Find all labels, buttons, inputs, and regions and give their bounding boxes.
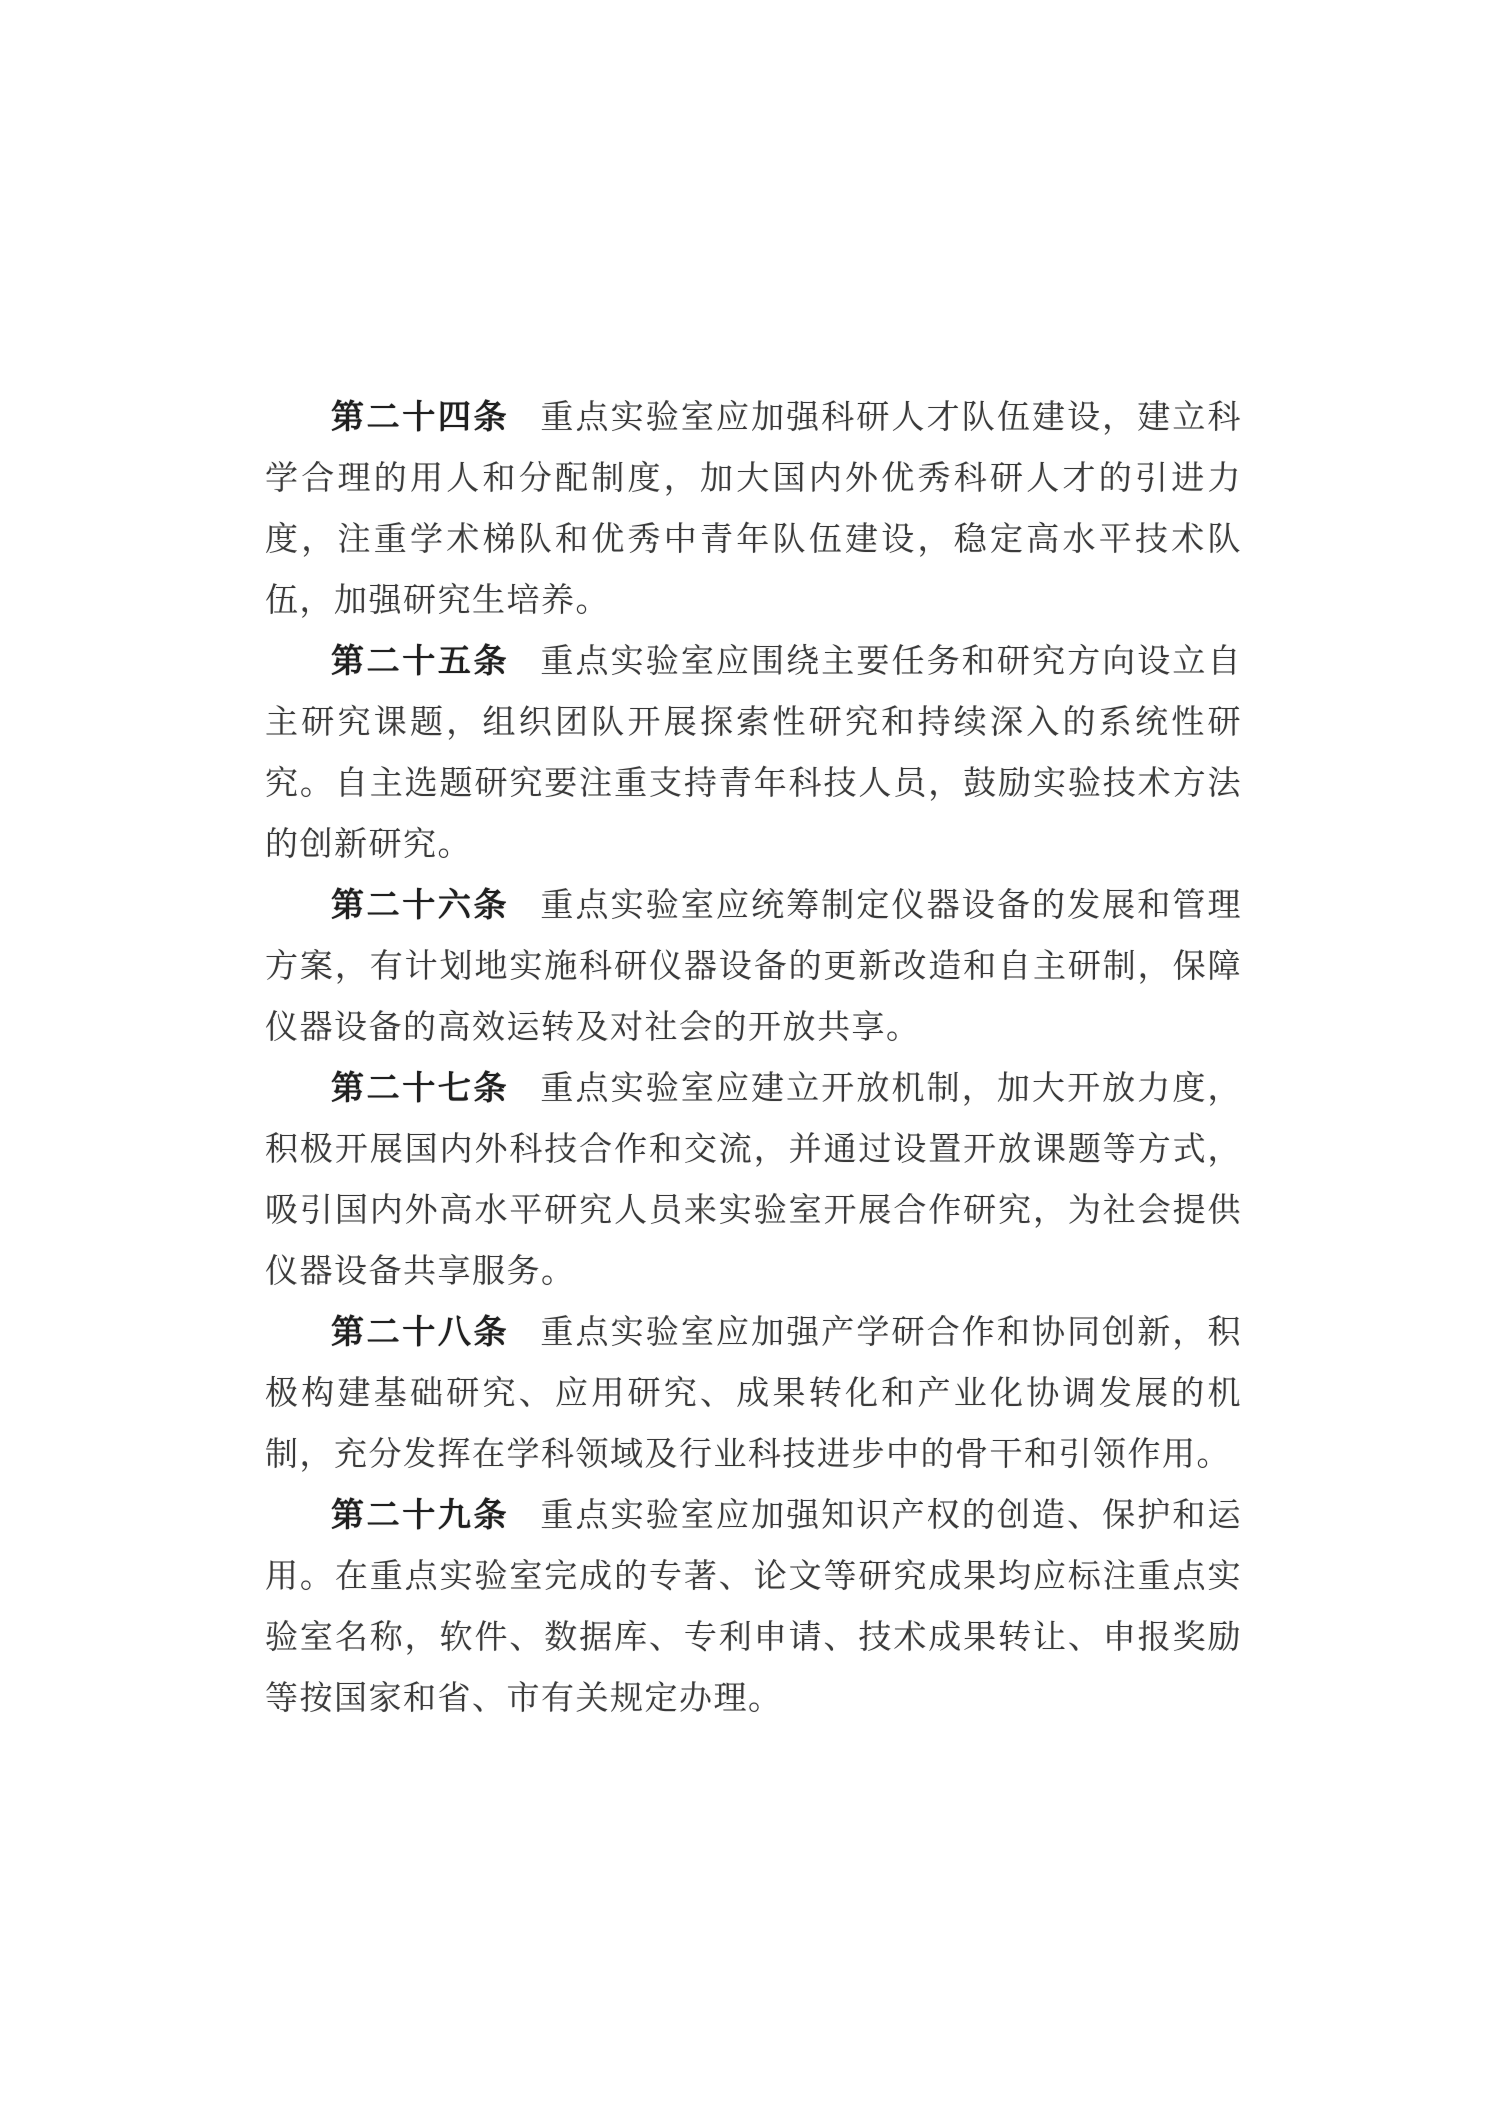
article-27-number: 第二十七条 (331, 1068, 509, 1107)
article-26-number: 第二十六条 (331, 885, 509, 924)
article-25-paragraph: 第二十五条重点实验室应围绕主要任务和研究方向设立自主研究课题，组织团队开展探索性… (265, 630, 1242, 874)
article-27-paragraph: 第二十七条重点实验室应建立开放机制，加大开放力度，积极开展国内外科技合作和交流，… (265, 1057, 1242, 1301)
article-29-number: 第二十九条 (331, 1495, 509, 1534)
article-24-paragraph: 第二十四条重点实验室应加强科研人才队伍建设，建立科学合理的用人和分配制度，加大国… (265, 386, 1242, 630)
article-29-paragraph: 第二十九条重点实验室应加强知识产权的创造、保护和运用。在重点实验室完成的专著、论… (265, 1484, 1242, 1728)
article-24-number: 第二十四条 (331, 397, 509, 436)
document-text-block: 第二十四条重点实验室应加强科研人才队伍建设，建立科学合理的用人和分配制度，加大国… (265, 386, 1242, 1728)
scanned-document-page: 第二十四条重点实验室应加强科研人才队伍建设，建立科学合理的用人和分配制度，加大国… (0, 0, 1487, 2105)
article-28-number: 第二十八条 (331, 1312, 509, 1351)
article-26-paragraph: 第二十六条重点实验室应统筹制定仪器设备的发展和管理方案，有计划地实施科研仪器设备… (265, 874, 1242, 1057)
article-28-paragraph: 第二十八条重点实验室应加强产学研合作和协同创新，积极构建基础研究、应用研究、成果… (265, 1301, 1242, 1484)
article-25-number: 第二十五条 (331, 641, 509, 680)
